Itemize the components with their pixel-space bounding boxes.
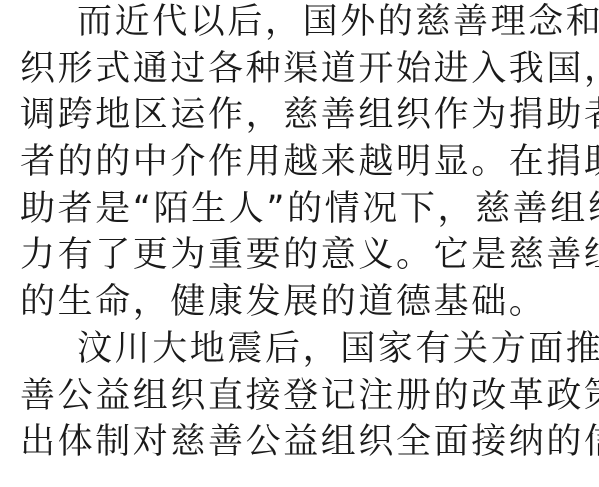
text-line: 的生命，健康发展的道德基础。 [20,280,595,327]
paragraph-1: 而近代以后，国外的慈善理念和慈善组 织形式通过各种渠道开始进入我国，慈善强 调跨… [20,0,595,327]
text-line: 助者是“陌生人”的情况下，慈善组织的公信 [20,187,595,234]
text-line: 汶川大地震后，国家有关方面推出了慈 [20,327,595,374]
article-body: 而近代以后，国外的慈善理念和慈善组 织形式通过各种渠道开始进入我国，慈善强 调跨… [20,0,595,467]
text-line: 善公益组织直接登记注册的改革政策，释放 [20,374,595,421]
text-line: 调跨地区运作，慈善组织作为捐助者和受助 [20,93,595,140]
text-line: 出体制对慈善公益组织全面接纳的信号。 [20,420,595,467]
text-line: 织形式通过各种渠道开始进入我国，慈善强 [20,47,595,94]
text-line: 而近代以后，国外的慈善理念和慈善组 [20,0,595,47]
text-line: 力有了更为重要的意义。它是慈善组织生存 [20,233,595,280]
text-line: 者的的中介作用越来越明显。在捐助者和受 [20,140,595,187]
paragraph-2: 汶川大地震后，国家有关方面推出了慈 善公益组织直接登记注册的改革政策，释放 出体… [20,327,595,467]
